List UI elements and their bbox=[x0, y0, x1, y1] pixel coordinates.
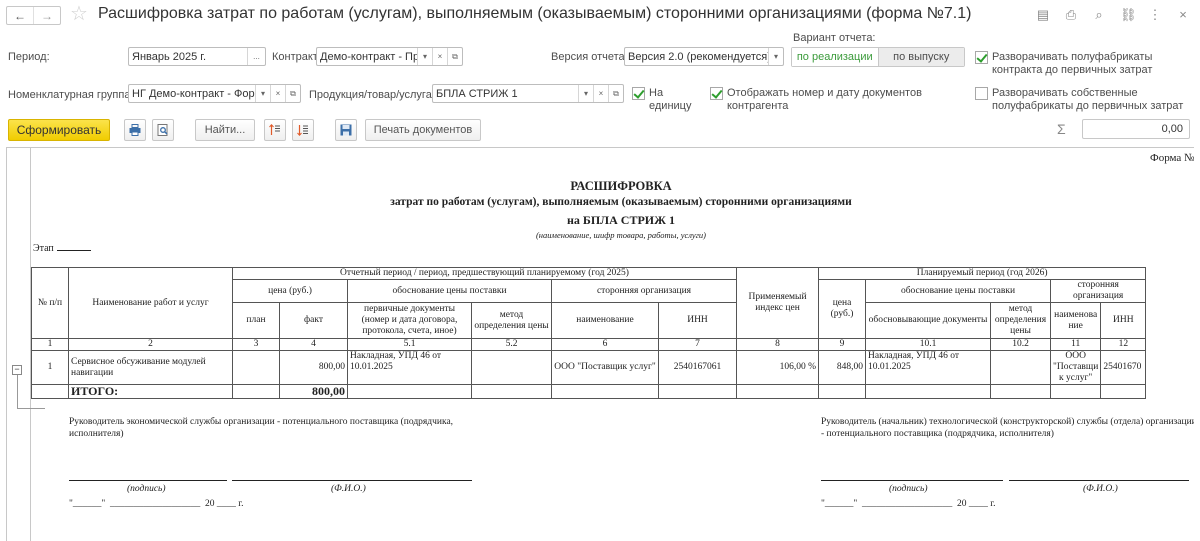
header-price: цена (руб.) bbox=[233, 280, 348, 303]
close-icon[interactable]: × bbox=[1176, 7, 1190, 23]
contract-field[interactable]: Демо-контракт - Производство БП ▾ × ⧉ bbox=[316, 47, 463, 66]
version-dropdown-icon[interactable]: ▾ bbox=[768, 48, 783, 65]
header-name: Наименование работ и услуг bbox=[69, 268, 233, 339]
product-open-icon[interactable]: ⧉ bbox=[608, 85, 623, 102]
report-title: РАСШИФРОВКА bbox=[31, 179, 1194, 194]
header-method: метод определения цены bbox=[472, 303, 552, 339]
sort-descending-icon bbox=[297, 124, 309, 136]
show-docs-label: Отображать номер и дату документов контр… bbox=[727, 87, 980, 113]
header-fact: факт bbox=[280, 303, 348, 339]
column-number: 4 bbox=[280, 339, 348, 351]
forward-button[interactable]: → bbox=[33, 7, 60, 24]
header-third-party-planned: сторонняя организация bbox=[1051, 280, 1146, 303]
header-num: № п/п bbox=[32, 268, 69, 339]
printer-icon bbox=[129, 124, 141, 136]
report-area: − Форма № РАСШИФРОВКА затрат по работам … bbox=[6, 147, 1194, 541]
signature-date-line: "______" ___________________ 20 ____ г. bbox=[821, 498, 995, 510]
cell-method[interactable] bbox=[472, 351, 552, 385]
arrow-left-icon: ← bbox=[14, 9, 26, 23]
column-number: 6 bbox=[552, 339, 659, 351]
column-number: 3 bbox=[233, 339, 280, 351]
report-product: на БПЛА СТРИЖ 1 bbox=[31, 213, 1194, 228]
save-icon[interactable]: ▤ bbox=[1036, 7, 1050, 23]
signature-caption: (подпись) bbox=[127, 483, 166, 495]
header-third-party: сторонняя организация bbox=[552, 280, 737, 303]
per-unit-label: На единицу bbox=[649, 87, 694, 113]
column-number: 10.1 bbox=[866, 339, 991, 351]
product-label: Продукция/товар/услуга: bbox=[309, 89, 435, 101]
header-inn: ИНН bbox=[659, 303, 737, 339]
sum-field: 0,00 bbox=[1082, 119, 1190, 139]
print-documents-button[interactable]: Печать документов bbox=[365, 119, 481, 141]
cell-price-planned[interactable]: 848,00 bbox=[819, 351, 866, 385]
nomgroup-clear-icon[interactable]: × bbox=[270, 85, 285, 102]
report-gutter bbox=[7, 148, 31, 541]
navigation-buttons: ← → bbox=[6, 6, 61, 25]
expand-own-label: Разворачивать собственные полуфабрикаты … bbox=[992, 87, 1195, 113]
signature-caption: (подпись) bbox=[889, 483, 928, 495]
header-plan: план bbox=[233, 303, 280, 339]
nomgroup-field[interactable]: НГ Демо-контракт - Форг ▾ × ⧉ bbox=[128, 84, 301, 103]
checkbox-checked-icon[interactable] bbox=[632, 87, 645, 100]
period-field[interactable]: Январь 2025 г. ... bbox=[128, 47, 266, 66]
header-method-planned: метод определения цены bbox=[991, 303, 1051, 339]
cell-primary-docs[interactable]: Накладная, УПД 46 от 10.01.2025 bbox=[348, 351, 472, 385]
period-select-button[interactable]: ... bbox=[247, 48, 265, 65]
expand-own-checkbox[interactable]: Разворачивать собственные полуфабрикаты … bbox=[975, 87, 1195, 113]
title-bar: ← → ☆ Расшифровка затрат по работам (усл… bbox=[0, 0, 1200, 30]
column-number: 9 bbox=[819, 339, 866, 351]
checkbox-checked-icon[interactable] bbox=[710, 87, 723, 100]
arrow-right-icon: → bbox=[41, 9, 53, 23]
column-number: 10.2 bbox=[991, 339, 1051, 351]
header-price-basis-planned: обоснование цены поставки bbox=[866, 280, 1051, 303]
column-number: 5.2 bbox=[472, 339, 552, 351]
header-reporting-period: Отчетный период / период, предшествующий… bbox=[233, 268, 737, 280]
cell-justifying-docs[interactable]: Накладная, УПД 46 от 10.01.2025 bbox=[866, 351, 991, 385]
report-product-caption: (наименование, шифр товара, работы, услу… bbox=[31, 230, 1194, 240]
show-docs-checkbox[interactable]: Отображать номер и дату документов контр… bbox=[710, 87, 980, 113]
cell-inn[interactable]: 2540167061 bbox=[659, 351, 737, 385]
save-button[interactable] bbox=[335, 119, 357, 141]
report-subtitle: затрат по работам (услугам), выполняемым… bbox=[31, 196, 1194, 208]
version-label: Версия отчета: bbox=[551, 51, 628, 63]
cell-num[interactable]: 1 bbox=[32, 351, 69, 385]
column-number: 1 bbox=[32, 339, 69, 351]
variant-switch: по реализации по выпуску bbox=[791, 47, 965, 67]
total-row: ИТОГО: 800,00 bbox=[32, 385, 1146, 399]
header-index: Применяемый индекс цен bbox=[737, 268, 819, 339]
signature-role: Руководитель (начальник) технологической… bbox=[821, 416, 1194, 440]
sort-ascending-button[interactable] bbox=[264, 119, 286, 141]
header-planned-period: Планируемый период (год 2026) bbox=[819, 268, 1146, 280]
print-button[interactable] bbox=[124, 119, 146, 141]
total-label: ИТОГО: bbox=[69, 385, 233, 399]
window-tools: ▤ ⎙ ⌕ ⛓ ⋮ × bbox=[1036, 7, 1190, 23]
header-price-planned: цена (руб.) bbox=[819, 280, 866, 339]
cell-index[interactable]: 106,00 % bbox=[737, 351, 819, 385]
total-fact[interactable]: 800,00 bbox=[280, 385, 348, 399]
tree-line bbox=[17, 375, 18, 408]
cell-name[interactable]: Сервисное обсуживание модулей навигации bbox=[69, 351, 233, 385]
column-number: 7 bbox=[659, 339, 737, 351]
period-label: Период: bbox=[8, 51, 50, 63]
header-inn-planned: ИНН bbox=[1101, 303, 1146, 339]
variant-option-realization[interactable]: по реализации bbox=[792, 48, 878, 66]
header-org-name-planned: наименова ние bbox=[1051, 303, 1101, 339]
expand-contract-checkbox[interactable]: Разворачивать полуфабрикаты контракта до… bbox=[975, 51, 1195, 77]
contract-clear-icon[interactable]: × bbox=[432, 48, 447, 65]
contract-open-icon[interactable]: ⧉ bbox=[447, 48, 462, 65]
column-number: 12 bbox=[1101, 339, 1146, 351]
cell-method-planned[interactable] bbox=[991, 351, 1051, 385]
favorite-star-icon[interactable]: ☆ bbox=[70, 3, 88, 25]
expand-contract-label: Разворачивать полуфабрикаты контракта до… bbox=[992, 51, 1195, 77]
checkbox-checked-icon[interactable] bbox=[975, 51, 988, 64]
cell-inn-planned[interactable]: 25401670 bbox=[1101, 351, 1146, 385]
column-number: 11 bbox=[1051, 339, 1101, 351]
window-title: Расшифровка затрат по работам (услугам),… bbox=[98, 5, 971, 23]
generate-button[interactable]: Сформировать bbox=[8, 119, 110, 141]
name-caption: (Ф.И.О.) bbox=[1083, 483, 1118, 495]
report-table: № п/п Наименование работ и услуг Отчетны… bbox=[31, 267, 1146, 399]
cell-fact[interactable]: 800,00 bbox=[280, 351, 348, 385]
nomgroup-label: Номенклатурная группа: bbox=[8, 89, 134, 101]
variant-label: Вариант отчета: bbox=[793, 32, 876, 44]
signature-role: Руководитель экономической службы органи… bbox=[69, 416, 489, 440]
print-icon[interactable]: ⎙ bbox=[1064, 7, 1078, 23]
header-primary-docs: первичные документы (номер и дата догово… bbox=[348, 303, 472, 339]
nomgroup-dropdown-icon[interactable]: ▾ bbox=[255, 85, 270, 102]
variant-option-output[interactable]: по выпуску bbox=[878, 48, 965, 66]
form-number: Форма № bbox=[1150, 152, 1194, 164]
signature-date-line: "______" ___________________ 20 ____ г. bbox=[69, 498, 243, 510]
find-button[interactable]: Найти... bbox=[195, 119, 255, 141]
column-number: 2 bbox=[69, 339, 233, 351]
contract-label: Контракт: bbox=[272, 51, 321, 63]
header-price-basis: обоснование цены поставки bbox=[348, 280, 552, 303]
product-clear-icon[interactable]: × bbox=[593, 85, 608, 102]
product-value: БПЛА СТРИЖ 1 bbox=[433, 88, 578, 100]
header-justifying-docs: обосновывающие документы bbox=[866, 303, 991, 339]
more-icon[interactable]: ⋮ bbox=[1148, 7, 1162, 23]
column-number: 8 bbox=[737, 339, 819, 351]
stage-field: Этап bbox=[33, 243, 91, 254]
preview-icon[interactable]: ⌕ bbox=[1092, 7, 1106, 23]
link-icon[interactable]: ⛓ bbox=[1120, 7, 1134, 23]
cell-org-name-planned[interactable]: ООО "Поставщи к услуг" bbox=[1051, 351, 1101, 385]
header-org-name: наименование bbox=[552, 303, 659, 339]
cell-org-name[interactable]: ООО "Поставщик услуг" bbox=[552, 351, 659, 385]
preview-icon bbox=[157, 124, 169, 136]
back-button[interactable]: ← bbox=[7, 7, 33, 24]
version-field[interactable]: Версия 2.0 (рекомендуется) ▾ bbox=[624, 47, 784, 66]
preview-button[interactable] bbox=[152, 119, 174, 141]
version-value: Версия 2.0 (рекомендуется) bbox=[625, 51, 768, 63]
contract-value: Демо-контракт - Производство БП bbox=[317, 51, 417, 63]
sort-ascending-icon bbox=[269, 124, 281, 136]
collapse-group-icon[interactable]: − bbox=[12, 365, 22, 375]
period-value: Январь 2025 г. bbox=[129, 51, 247, 63]
checkbox-unchecked-icon[interactable] bbox=[975, 87, 988, 100]
column-numbers-row: 1 2 3 4 5.1 5.2 6 7 8 9 10.1 10.2 11 12 bbox=[32, 339, 1146, 351]
floppy-disk-icon bbox=[340, 124, 352, 136]
nomgroup-value: НГ Демо-контракт - Форг bbox=[129, 88, 255, 100]
contract-dropdown-icon[interactable]: ▾ bbox=[417, 48, 432, 65]
cell-plan[interactable] bbox=[233, 351, 280, 385]
name-caption: (Ф.И.О.) bbox=[331, 483, 366, 495]
sum-icon: Σ bbox=[1057, 121, 1066, 137]
table-row: 1 Сервисное обсуживание модулей навигаци… bbox=[32, 351, 1146, 385]
stage-label: Этап bbox=[33, 243, 54, 254]
column-number: 5.1 bbox=[348, 339, 472, 351]
report-document: Форма № РАСШИФРОВКА затрат по работам (у… bbox=[31, 148, 1194, 541]
product-field[interactable]: БПЛА СТРИЖ 1 ▾ × ⧉ bbox=[432, 84, 624, 103]
sort-descending-button[interactable] bbox=[292, 119, 314, 141]
nomgroup-open-icon[interactable]: ⧉ bbox=[285, 85, 300, 102]
product-dropdown-icon[interactable]: ▾ bbox=[578, 85, 593, 102]
per-unit-checkbox[interactable]: На единицу bbox=[632, 87, 702, 113]
